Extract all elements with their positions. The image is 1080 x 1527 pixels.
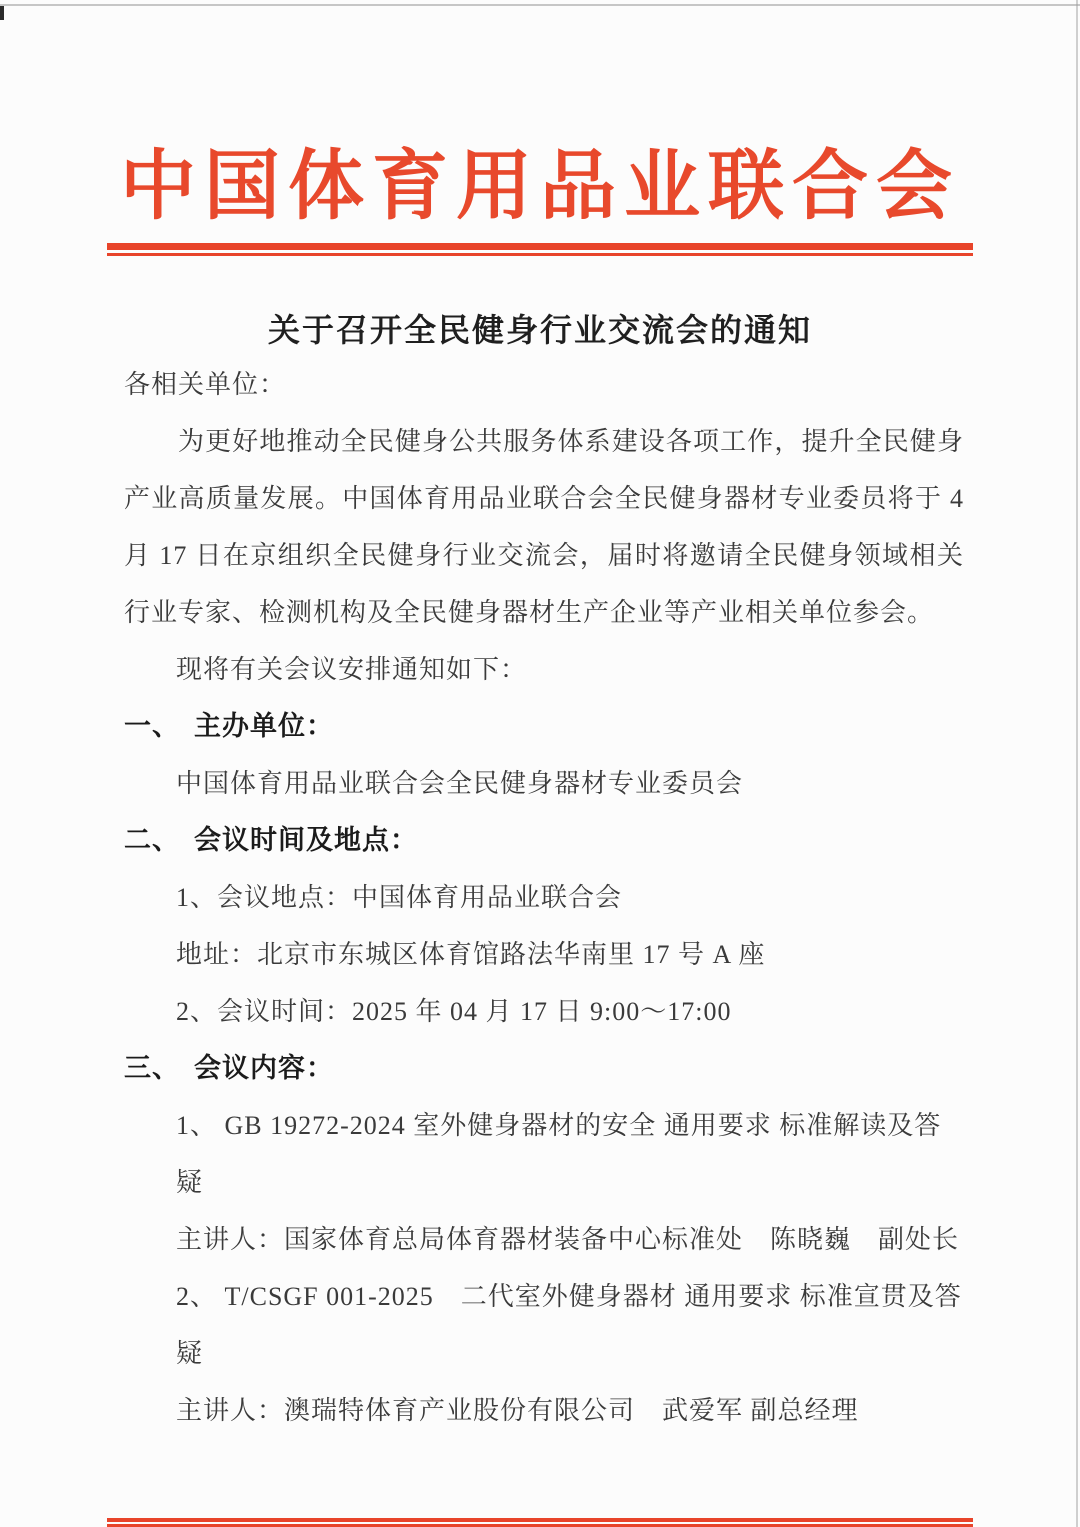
- section-2-heading: 二、会议时间及地点：: [124, 812, 964, 869]
- section-1-number: 一、: [124, 711, 180, 741]
- letterhead-rules: [107, 243, 973, 256]
- section-2-line-2: 地址：北京市东城区体育馆路法华南里 17 号 A 座: [124, 926, 964, 983]
- scan-artifact-top-edge: [0, 4, 1080, 6]
- section-3-title: 会议内容：: [194, 1053, 334, 1083]
- section-1-title: 主办单位：: [194, 711, 334, 741]
- salutation: 各相关单位：: [124, 356, 964, 413]
- document-body: 各相关单位： 为更好地推动全民健身公共服务体系建设各项工作，提升全民健身产业高质…: [124, 356, 964, 1439]
- section-1-line-1: 中国体育用品业联合会全民健身器材专业委员会: [124, 755, 964, 812]
- scan-artifact-corner-mark: [0, 6, 4, 20]
- letterhead-org-name: 中国体育用品业联合会: [0, 146, 1080, 228]
- lead-in-line: 现将有关会议安排通知如下：: [124, 641, 964, 698]
- letterhead-rule-thin: [107, 253, 973, 256]
- section-2-line-3: 2、会议时间：2025 年 04 月 17 日 9:00～17:00: [124, 983, 964, 1040]
- letterhead-rule-thick: [107, 243, 973, 250]
- document-title: 关于召开全民健身行业交流会的通知: [0, 312, 1080, 348]
- section-3-heading: 三、会议内容：: [124, 1040, 964, 1097]
- section-3-line-1: 1、 GB 19272-2024 室外健身器材的安全 通用要求 标准解读及答疑: [124, 1097, 964, 1211]
- section-2-number: 二、: [124, 825, 180, 855]
- footer-rules: [107, 1518, 973, 1527]
- section-2-title: 会议时间及地点：: [194, 825, 418, 855]
- section-3-line-2: 主讲人：国家体育总局体育器材装备中心标准处 陈晓巍 副处长: [124, 1211, 964, 1268]
- intro-paragraph: 为更好地推动全民健身公共服务体系建设各项工作，提升全民健身产业高质量发展。中国体…: [124, 413, 964, 641]
- scan-artifact-right-edge: [1076, 0, 1078, 1527]
- section-3-line-3: 2、 T/CSGF 001-2025 二代室外健身器材 通用要求 标准宣贯及答疑: [124, 1268, 964, 1382]
- section-1-heading: 一、主办单位：: [124, 698, 964, 755]
- section-2-line-1: 1、会议地点：中国体育用品业联合会: [124, 869, 964, 926]
- section-3-number: 三、: [124, 1053, 180, 1083]
- footer-rule-thin: [107, 1518, 973, 1522]
- section-3-line-4: 主讲人：澳瑞特体育产业股份有限公司 武爱军 副总经理: [124, 1382, 964, 1439]
- document-page: 中国体育用品业联合会 关于召开全民健身行业交流会的通知 各相关单位： 为更好地推…: [0, 0, 1080, 1527]
